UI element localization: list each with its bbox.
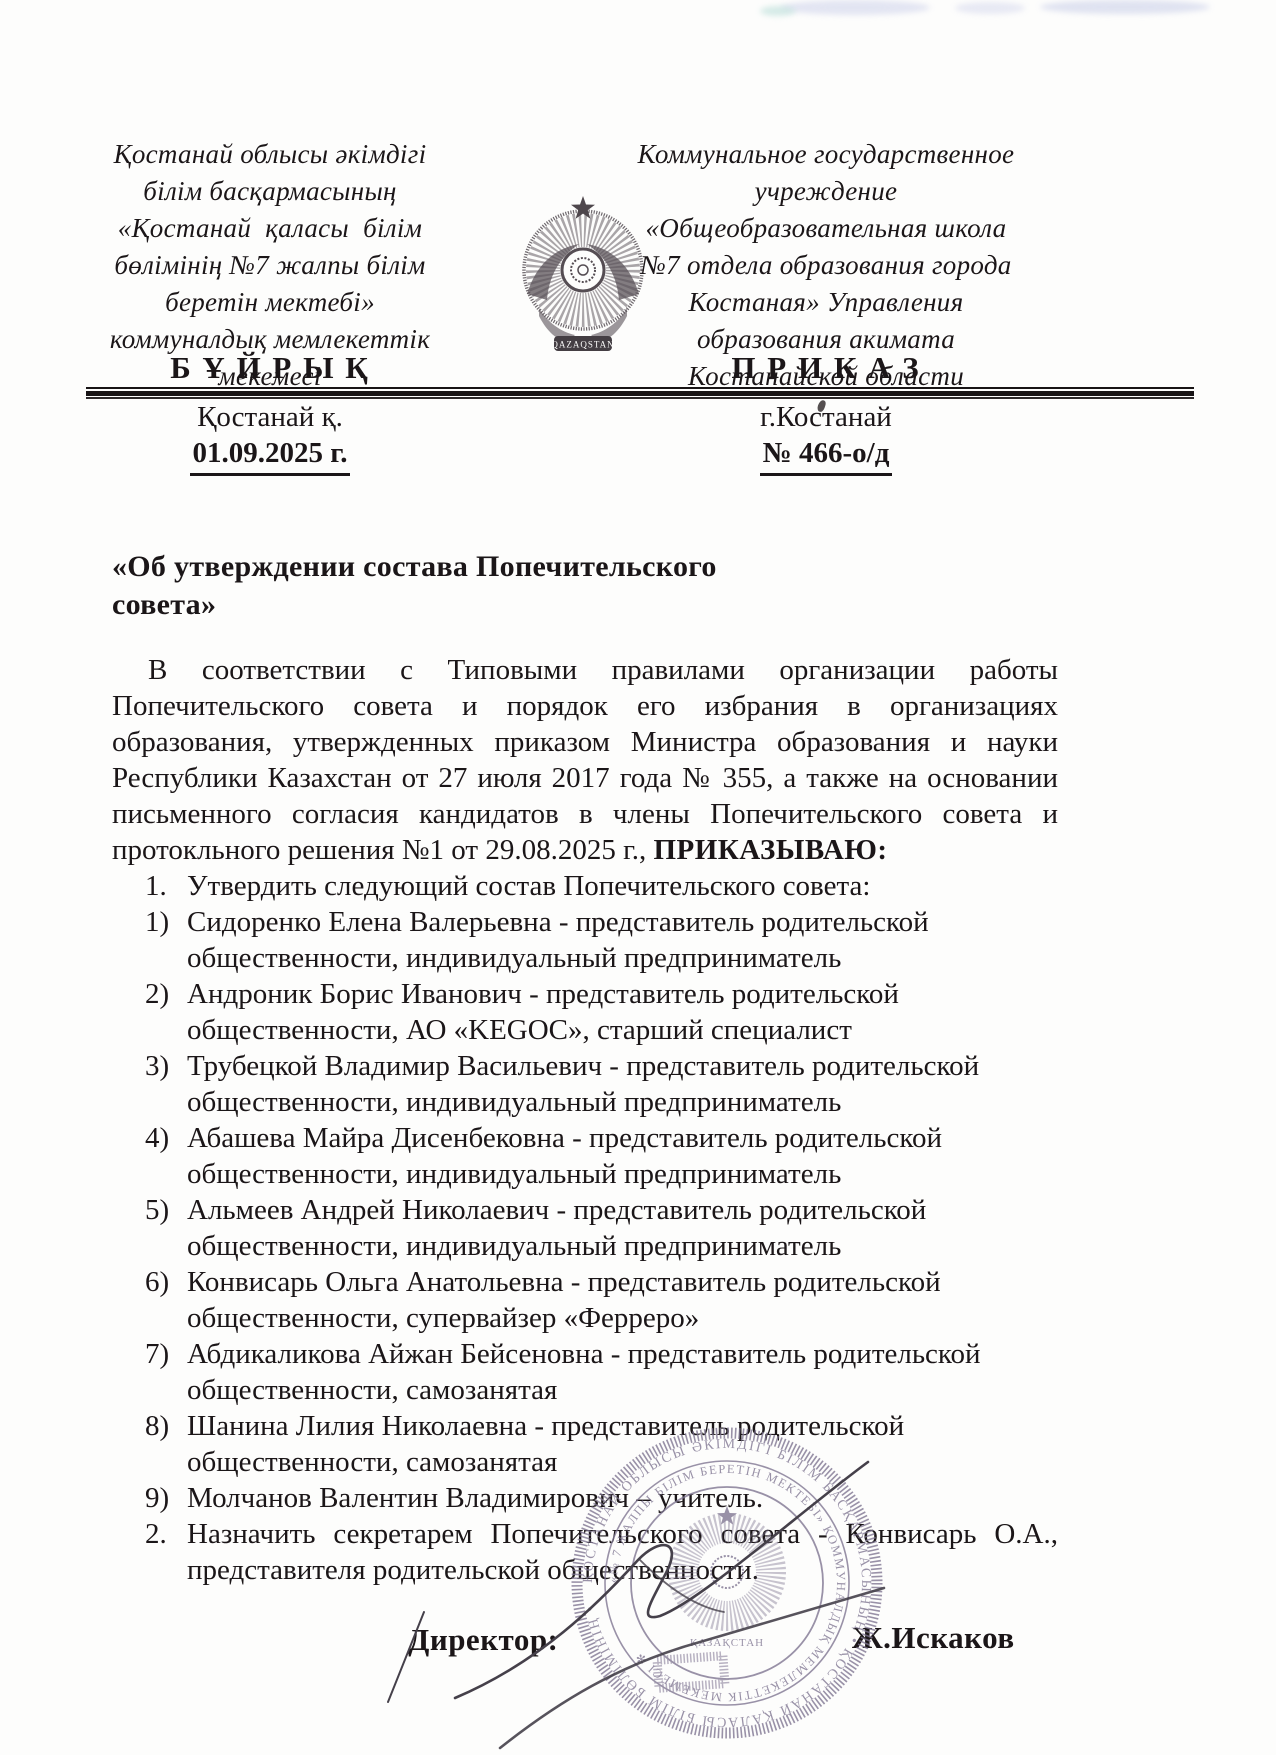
official-round-stamp: ҚОСТАНАЙ ОБЛЫСЫ ӘКІМДІГІ БІЛІМ БАСҚАРМАС…: [577, 1433, 877, 1733]
letterhead-line: Коммунальное государственное: [626, 136, 1026, 173]
order-item: 1.Утвердить следующий состав Попечительс…: [112, 868, 1058, 904]
stamp-ring-text-outer: ҚОСТАНАЙ ОБЛЫСЫ ӘКІМДІГІ БІЛІМ БАСҚАРМАС…: [581, 1437, 873, 1729]
scan-smudge: [760, 6, 796, 16]
order-item: 6)Конвисарь Ольга Анатольевна - представ…: [112, 1264, 1058, 1336]
order-date: 01.09.2025 г.: [95, 437, 445, 476]
order-number-value: № 466-о/д: [760, 437, 893, 476]
place-kazakh: Қостанай қ.: [95, 401, 445, 434]
order-item: 2)Андроник Борис Иванович - представител…: [112, 976, 1058, 1048]
stamp-and-signature-overlay: ҚОСТАНАЙ ОБЛЫСЫ ӘКІМДІГІ БІЛІМ БАСҚАРМАС…: [0, 1380, 1276, 1755]
order-item: 3)Трубецкой Владимир Васильевич - предст…: [112, 1048, 1058, 1120]
scan-smudge: [780, 0, 930, 15]
letterhead-line: «Общеобразовательная школа: [626, 210, 1026, 247]
order-verb: ПРИКАЗЫВАЮ:: [653, 834, 887, 866]
header-divider-rule: [86, 387, 1194, 399]
svg-text:«№ 7 ЖАЛПЫ БІЛІМ БЕРЕТІН МЕКТЕ: «№ 7 ЖАЛПЫ БІЛІМ БЕРЕТІН МЕКТЕБІ» КОММУН…: [606, 1462, 848, 1704]
order-number: № 466-о/д: [626, 437, 1026, 476]
letterhead-line: №7 отдела образования города: [626, 247, 1026, 284]
letterhead-line: Қостанай облысы әкімдігі: [95, 136, 445, 173]
intro-paragraph: В соответствии с Типовыми правилами орга…: [112, 652, 1058, 868]
order-item: 5)Альмеев Андрей Николаевич - представит…: [112, 1192, 1058, 1264]
letterhead-line: учреждение: [626, 173, 1026, 210]
place-russian: г.Костанай: [626, 401, 1026, 434]
letterhead-line: Костаная» Управления: [626, 284, 1026, 321]
signature-slash-stroke: [388, 1612, 424, 1702]
order-date-value: 01.09.2025 г.: [190, 437, 351, 476]
intro-text: В соответствии с Типовыми правилами орга…: [112, 654, 1058, 866]
scan-smudge: [1040, 0, 1210, 14]
emblem-banner-text: QAZAQSTAN: [551, 340, 614, 350]
svg-text:ҚОСТАНАЙ ОБЛЫСЫ ӘКІМДІГІ БІЛІМ: ҚОСТАНАЙ ОБЛЫСЫ ӘКІМДІГІ БІЛІМ БАСҚАРМАС…: [581, 1437, 873, 1729]
scan-smudge: [955, 2, 1025, 14]
letterhead-line: бөлімінің №7 жалпы білім: [95, 247, 445, 284]
document-title: «Об утверждении состава Попечительского …: [112, 548, 752, 624]
letterhead-line: білім басқармасының: [95, 173, 445, 210]
order-word-russian: П Р И К А З: [626, 350, 1026, 386]
order-word-kazakh: Б Ұ Й Р Ы Қ: [95, 350, 445, 386]
letterhead-line: «Қостанай қаласы білім: [95, 210, 445, 247]
order-item: 1)Сидоренко Елена Валерьевна - представи…: [112, 904, 1058, 976]
scanned-order-document: Қостанай облысы әкімдігі білім басқармас…: [0, 0, 1276, 1755]
stamp-ring-text-inner: «№ 7 ЖАЛПЫ БІЛІМ БЕРЕТІН МЕКТЕБІ» КОММУН…: [606, 1462, 848, 1704]
order-item: 4)Абашева Майра Дисенбековна - представи…: [112, 1120, 1058, 1192]
letterhead-line: беретін мектебі»: [95, 284, 445, 321]
